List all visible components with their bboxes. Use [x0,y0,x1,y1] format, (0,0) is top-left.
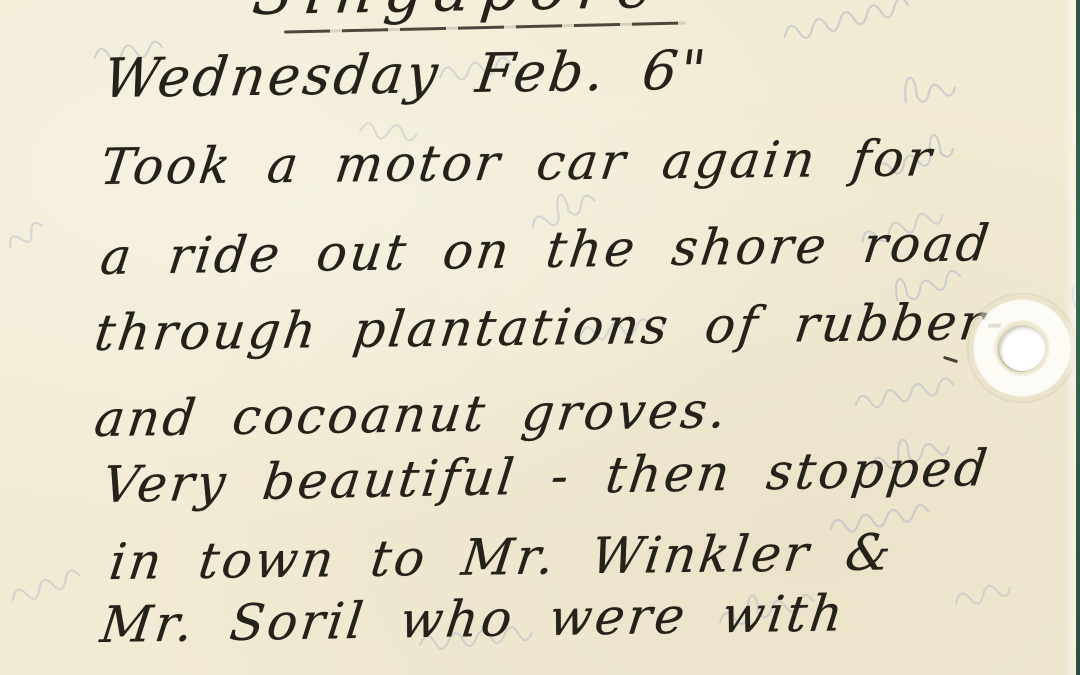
handwritten-line-date: Wednesday Feb. 6" [101,44,712,107]
diary-page-scan: Singapore Wednesday Feb. 6" Took a motor… [0,0,1080,675]
handwritten-line: Mr. Soril who were with [98,588,849,650]
handwritten-line: and cocoanut groves. [92,385,732,444]
handwritten-line: a ride out on the shore road [98,218,995,282]
binding-edge-strip [1076,0,1080,675]
handwritten-line: in town to Mr. Winkler & [107,527,897,587]
handwritten-line: through plantations of rubber- [92,297,1010,358]
page-heading: Singapore [250,0,667,24]
punch-hole [999,325,1045,371]
handwritten-line: Took a motor car again for [98,133,937,192]
paper-edge-highlight [1064,0,1076,675]
